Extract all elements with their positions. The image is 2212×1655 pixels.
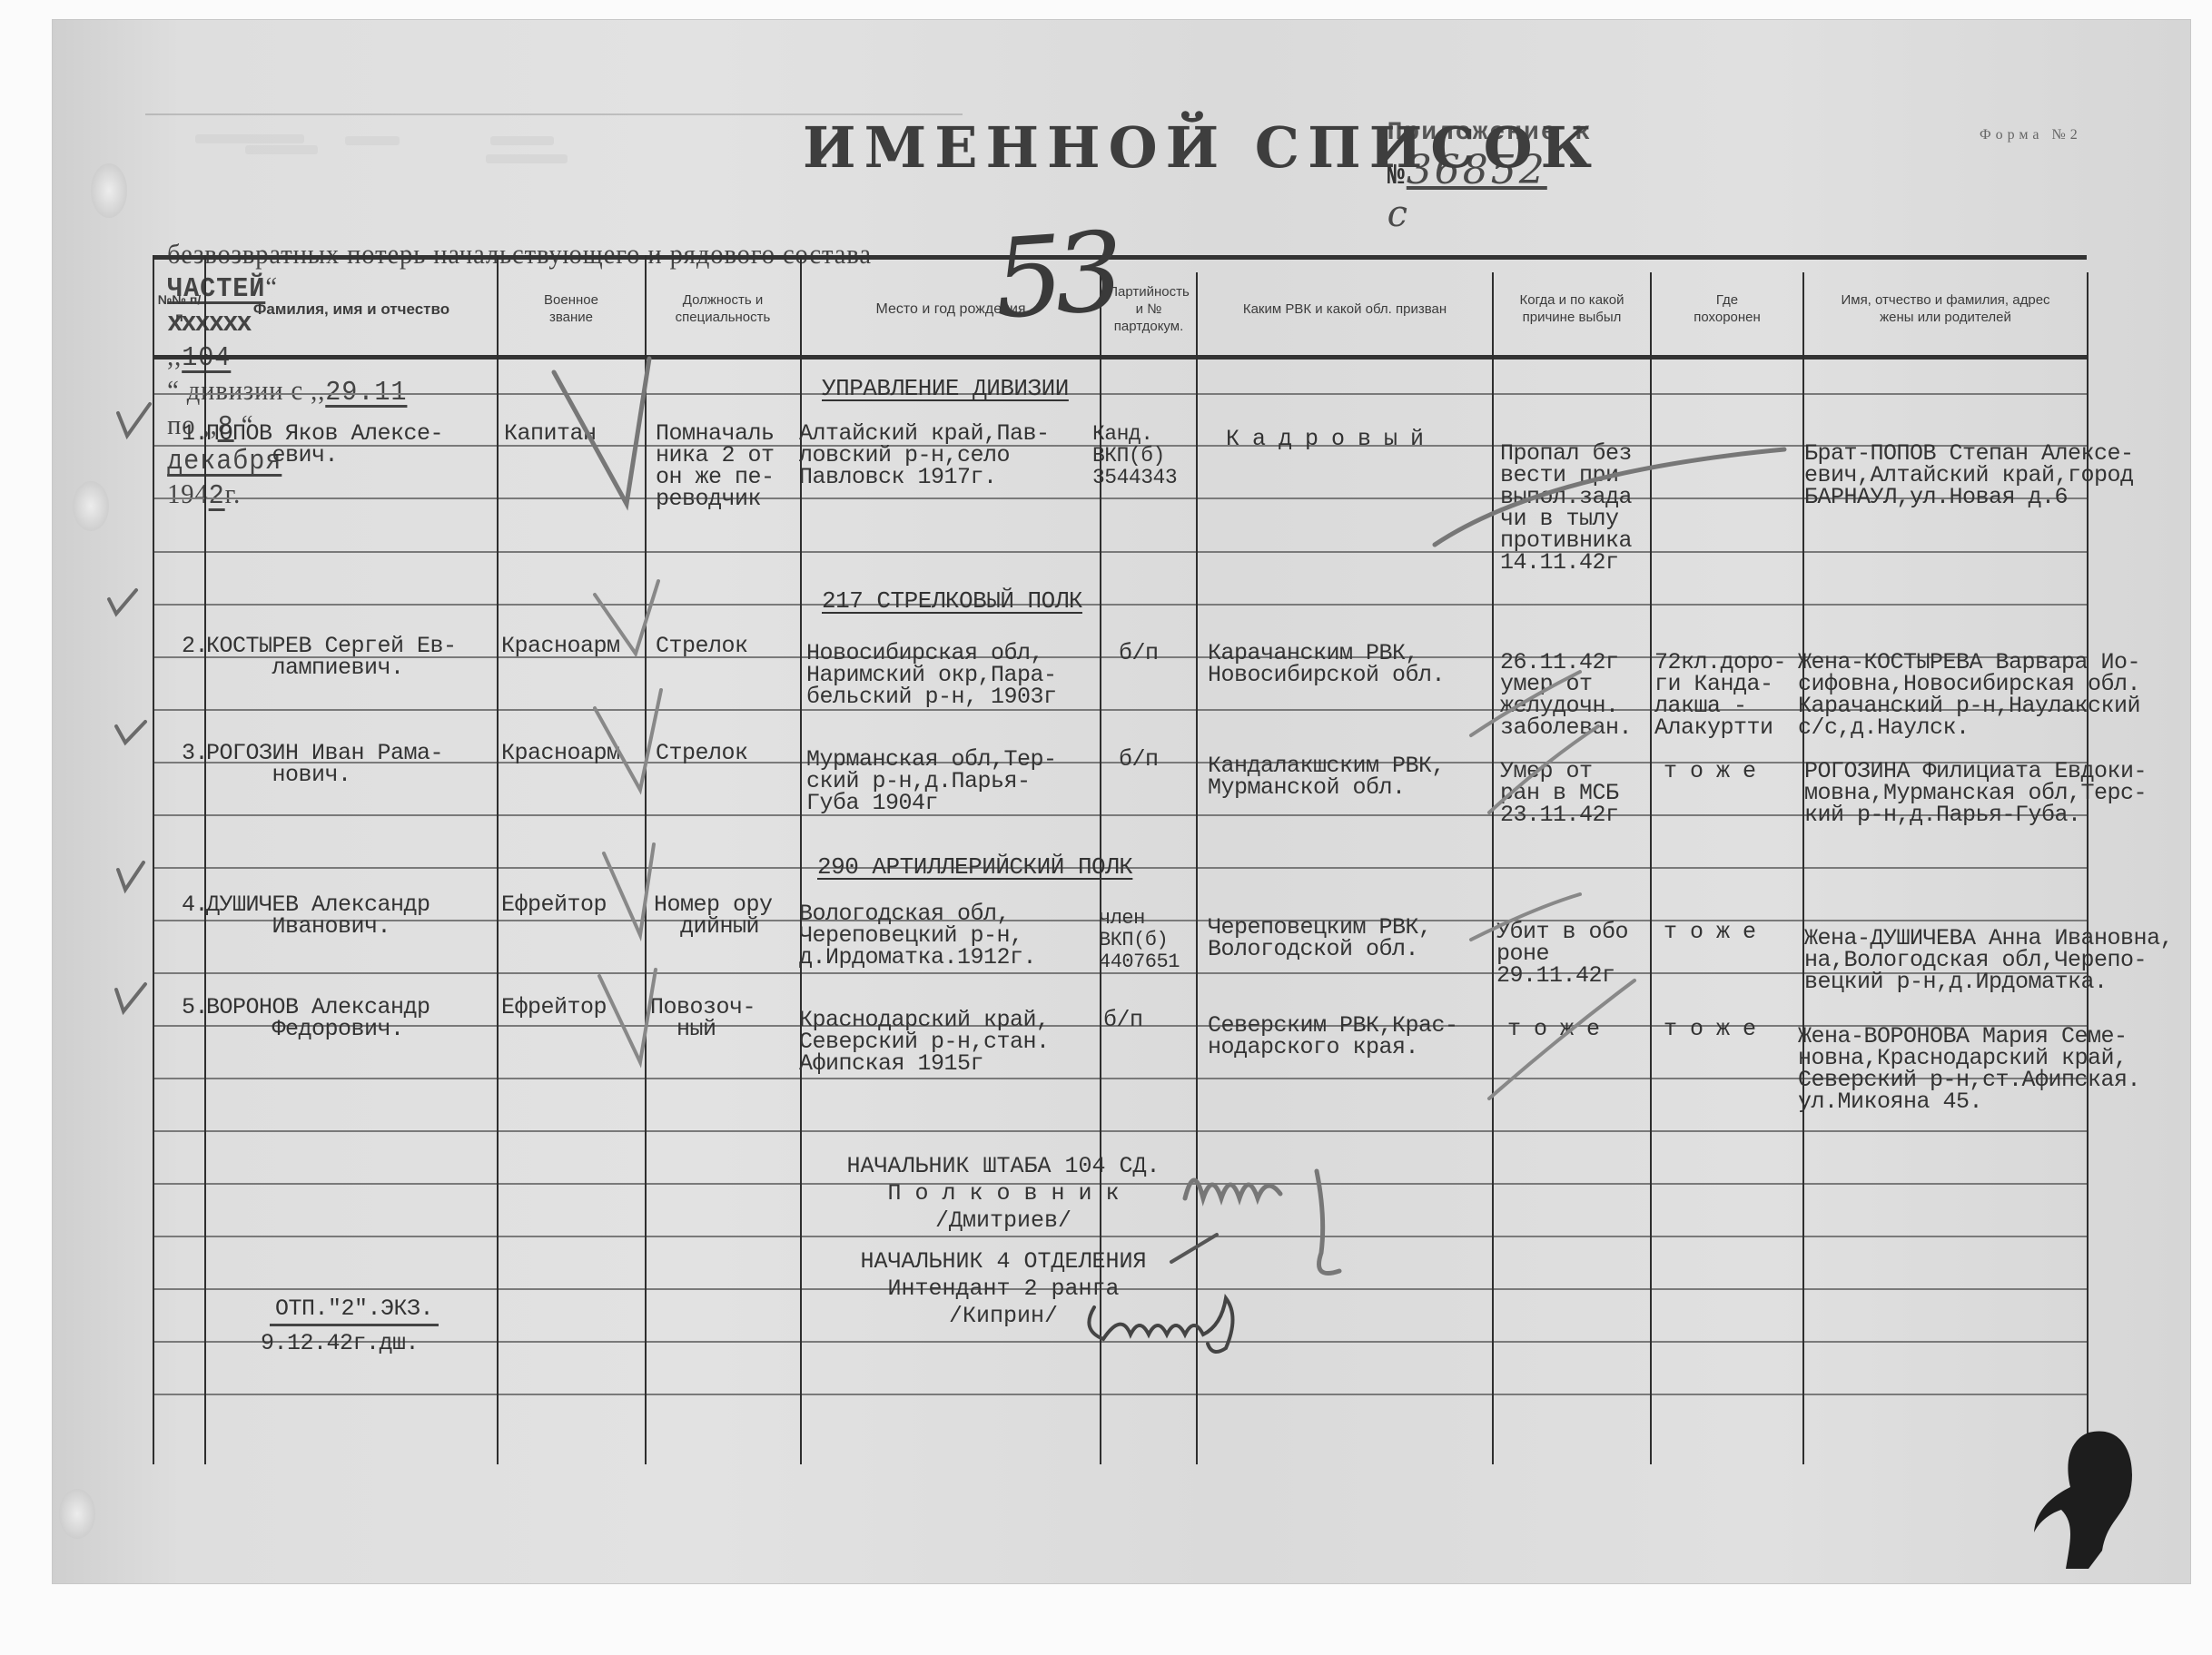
bleed-through-text — [486, 154, 568, 163]
row-rvk: Карачанским РВК, Новосибирской обл. — [1208, 643, 1445, 686]
row-rank: Ефрейтор — [501, 894, 607, 916]
signature-chief-dept: НАЧАЛЬНИК 4 ОТДЕЛЕНИЯ Интендант 2 ранга … — [822, 1248, 1185, 1330]
row-name: КОСТЫРЕВ Сергей Ев- лампиевич. — [206, 635, 457, 679]
header-rank: Военное звание — [499, 263, 644, 354]
row-rank: Ефрейтор — [501, 997, 607, 1019]
section-title: УПРАВЛЕНИЕ ДИВИЗИИ — [822, 375, 1069, 402]
row-number: 5. — [182, 997, 208, 1019]
header-rvk: Каким РВК и какой обл. призван — [1198, 263, 1492, 354]
year-prefix: 194 — [167, 478, 209, 509]
row-party: Канд. ВКП(б) 3544343 — [1092, 423, 1177, 488]
row-party: б/п — [1119, 749, 1159, 771]
row-relatives: Брат-ПОПОВ Степан Алексе- евич,Алтайский… — [1804, 443, 2134, 508]
row-party: б/п — [1103, 1010, 1143, 1031]
row-relatives: РОГОЗИНА Филициата Евдоки- мовна,Мурманс… — [1804, 761, 2147, 826]
row-name: ВОРОНОВ Александр Федорович. — [206, 997, 430, 1040]
row-when: Убит в обо роне 29.11.42г — [1496, 921, 1628, 987]
row-birth: Мурманская обл,Тер- ский р-н,д.Парья- Гу… — [806, 749, 1057, 814]
row-birth: Алтайский край,Пав- ловский р-н,село Пав… — [799, 423, 1050, 488]
row-position: Стрелок — [656, 743, 748, 764]
row-rank: Красноарм — [501, 635, 620, 657]
stamp-suffix: с — [1387, 193, 1409, 235]
ink-blot — [2025, 1423, 2152, 1569]
form-number: Форма №2 — [1980, 127, 2082, 143]
row-birth: Краснодарский край, Северский р-н,стан. … — [799, 1010, 1050, 1075]
page-title: ИМЕННОЙ СПИСОК — [803, 114, 1600, 181]
row-relatives: Жена-КОСТЫРЕВА Варвара Ио- сифовна,Новос… — [1798, 652, 2140, 739]
row-buried: т о ж е — [1664, 1019, 1756, 1040]
row-party: б/п — [1119, 643, 1159, 665]
row-rvk: Кандалакшским РВК, Мурманской обл. — [1208, 755, 1445, 799]
row-rvk: Северским РВК,Крас- нодарского края. — [1208, 1015, 1458, 1059]
table-top-border — [153, 255, 2087, 260]
row-party: член ВКП(б) 4407651 — [1099, 908, 1180, 973]
header-position: Должность и специальность — [647, 263, 799, 354]
row-position: Стрелок — [656, 635, 748, 657]
row-buried: т о ж е — [1664, 761, 1756, 783]
header-buried: Где похоронен — [1652, 263, 1802, 354]
row-number: 4. — [182, 894, 208, 916]
signature-chief-of-staff: НАЧАЛЬНИК ШТАБА 104 СД. П о л к о в н и … — [822, 1153, 1185, 1235]
row-when: т о ж е — [1507, 1019, 1600, 1040]
row-number: 2. — [182, 635, 208, 657]
punch-hole — [59, 1489, 95, 1539]
section-title: 217 СТРЕЛКОВЫЙ ПОЛК — [822, 587, 1082, 615]
row-relatives: Жена-ВОРОНОВА Мария Семе- новна,Краснода… — [1798, 1026, 2140, 1113]
row-number: 1. — [182, 423, 208, 445]
header-number: №№ п/п — [154, 263, 204, 354]
row-birth: Вологодская обл, Череповецкий р-н, д.Ирд… — [799, 903, 1036, 969]
year-suffix: 2 — [209, 480, 225, 512]
section-title: 290 АРТИЛЛЕРИЙСКИЙ ПОЛК — [817, 853, 1132, 881]
header-bottom-border — [153, 355, 2087, 360]
bleed-through-text — [245, 145, 318, 154]
bleed-through-text — [195, 134, 304, 143]
punch-hole — [91, 163, 127, 218]
row-position: Повозоч- ный — [650, 997, 755, 1040]
row-rank: Красноарм — [501, 743, 620, 764]
copy-note-line1: ОТП."2".ЭКЗ. — [270, 1298, 439, 1326]
row-birth: Новосибирская обл, Наримский окр,Пара- б… — [806, 643, 1057, 708]
row-rank: Капитан — [504, 423, 597, 445]
row-rvk: К а д р о в ы й — [1226, 429, 1424, 450]
header-when: Когда и по какой причине выбыл — [1494, 263, 1650, 354]
row-relatives: Жена-ДУШИЧЕВА Анна Ивановна, на,Вологодс… — [1804, 928, 2173, 993]
row-position: Номер ору дийный — [654, 894, 773, 938]
punch-hole — [73, 481, 109, 531]
row-rvk: Череповецким РВК, Вологодской обл. — [1208, 917, 1432, 960]
row-when: Умер от ран в МСБ 23.11.42г — [1500, 761, 1619, 826]
row-buried: 72кл.доро- ги Канда- лакша - Алакуртти — [1654, 652, 1786, 739]
header-name: Фамилия, имя и отчество — [206, 263, 497, 354]
copy-note-line2: 9.12.42г.дш. — [261, 1333, 419, 1355]
bleed-through-text — [490, 136, 554, 145]
row-name: ПОПОВ Яков Алексе- евич. — [206, 423, 443, 467]
bleed-through-text — [345, 136, 400, 145]
row-position: Помначаль ника 2 от он же пе- реводчик — [656, 423, 775, 510]
row-name: РОГОЗИН Иван Рама- нович. — [206, 743, 443, 786]
row-buried: т о ж е — [1664, 921, 1756, 943]
header-relatives: Имя, отчество и фамилия, адрес жены или … — [1804, 263, 2087, 354]
handwritten-page-number: 53 — [990, 210, 1119, 344]
row-when: Пропал без вести при выпол.зада чи в тыл… — [1500, 443, 1632, 574]
row-number: 3. — [182, 743, 208, 764]
division-label: “ дивизии с ,, — [167, 374, 325, 406]
row-when: 26.11.42г умер от желудочн. заболеван. — [1500, 652, 1632, 739]
year-unit: г. — [225, 478, 241, 509]
row-name: ДУШИЧЕВ Александр Иванович. — [206, 894, 430, 938]
